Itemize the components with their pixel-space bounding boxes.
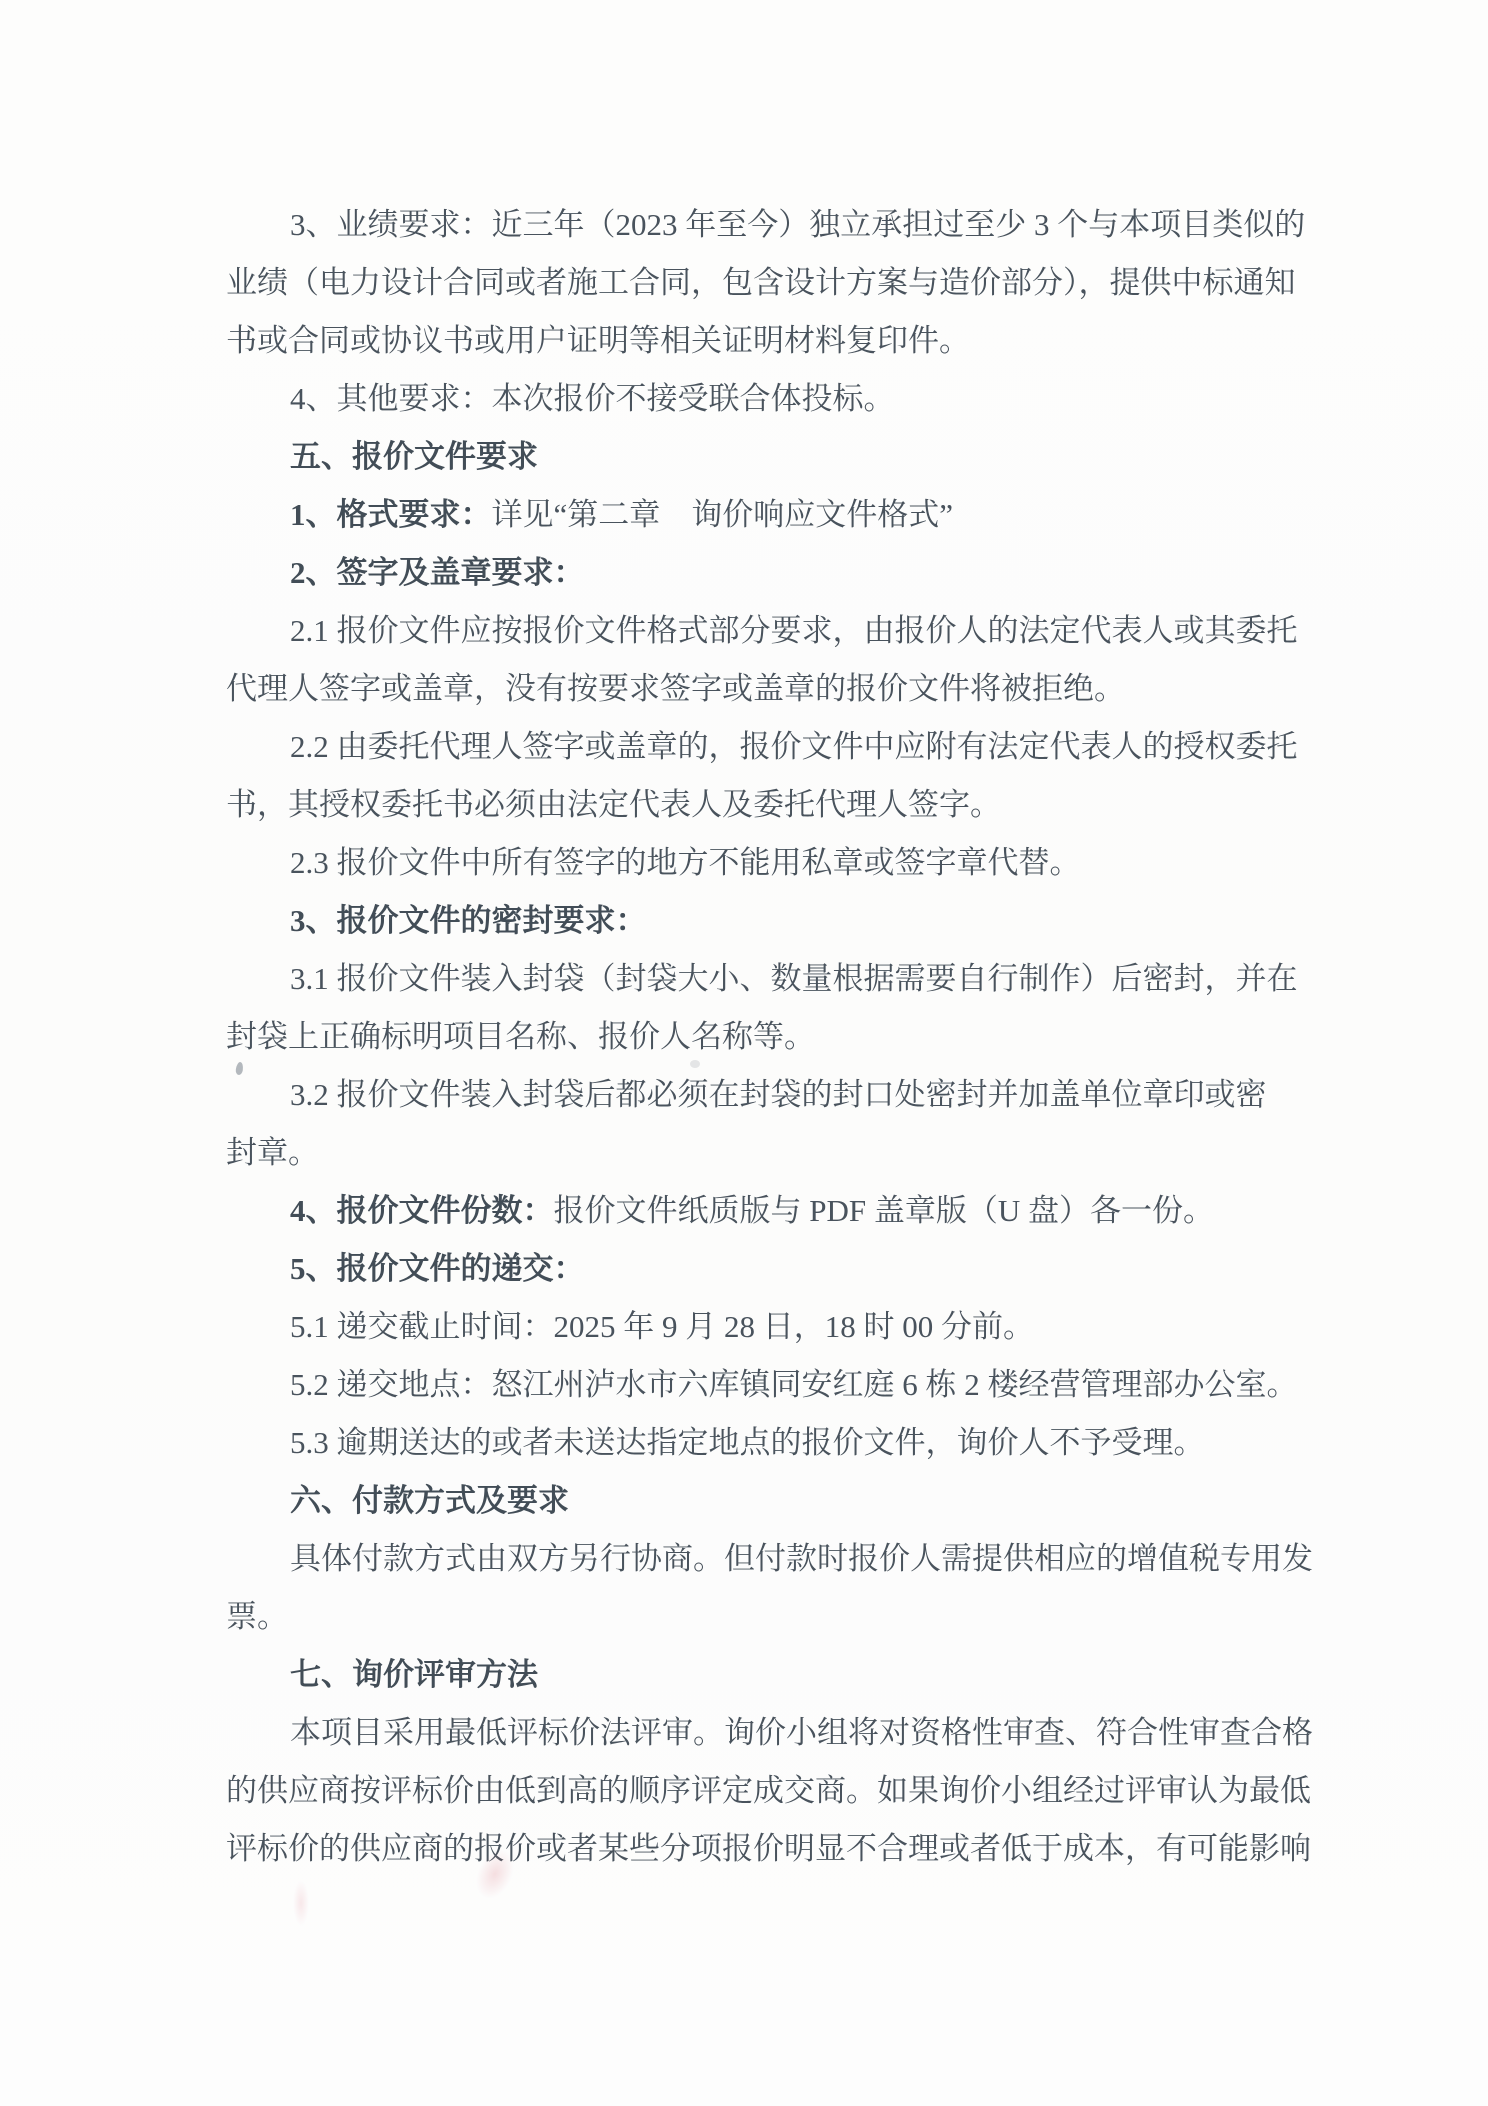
text-run: 详见“第二章 询价响应文件格式”	[492, 497, 954, 532]
heading-run: 1、格式要求：	[290, 497, 492, 532]
text-line: 4、报价文件份数：报价文件纸质版与 PDF 盖章版（U 盘）各一份。	[226, 1182, 1346, 1240]
document-page: 3、业绩要求：近三年（2023 年至今）独立承担过至少 3 个与本项目类似的业绩…	[0, 0, 1488, 2106]
text-run: 3、业绩要求：近三年（2023 年至今）独立承担过至少 3 个与本项目类似的	[290, 207, 1305, 242]
text-line: 六、付款方式及要求	[226, 1472, 1346, 1530]
text-line: 5.1 递交截止时间：2025 年 9 月 28 日，18 时 00 分前。	[226, 1298, 1346, 1356]
scan-smudge	[293, 1880, 309, 1926]
text-line: 3.2 报价文件装入封袋后都必须在封袋的封口处密封并加盖单位章印或密	[226, 1066, 1346, 1124]
text-run: 4、其他要求：本次报价不接受联合体投标。	[290, 381, 895, 416]
text-run: 书或合同或协议书或用户证明等相关证明材料复印件。	[226, 323, 970, 358]
text-line: 5.3 逾期送达的或者未送达指定地点的报价文件，询价人不予受理。	[226, 1414, 1346, 1472]
text-run: 本项目采用最低评标价法评审。询价小组将对资格性审查、符合性审查合格	[290, 1715, 1313, 1750]
text-line: 5.2 递交地点：怒江州泸水市六库镇同安红庭 6 栋 2 楼经营管理部办公室。	[226, 1356, 1346, 1414]
heading-run: 3、报价文件的密封要求：	[290, 903, 647, 938]
text-line: 3、业绩要求：近三年（2023 年至今）独立承担过至少 3 个与本项目类似的	[226, 196, 1346, 254]
text-run: 评标价的供应商的报价或者某些分项报价明显不合理或者低于成本，有可能影响	[226, 1831, 1311, 1866]
text-line: 封袋上正确标明项目名称、报价人名称等。	[226, 1008, 1346, 1066]
heading-run: 5、报价文件的递交：	[290, 1251, 585, 1286]
text-run: 代理人签字或盖章，没有按要求签字或盖章的报价文件将被拒绝。	[226, 671, 1125, 706]
text-line: 5、报价文件的递交：	[226, 1240, 1346, 1298]
text-line: 具体付款方式由双方另行协商。但付款时报价人需提供相应的增值税专用发	[226, 1530, 1346, 1588]
text-line: 的供应商按评标价由低到高的顺序评定成交商。如果询价小组经过评审认为最低	[226, 1762, 1346, 1820]
text-run: 票。	[226, 1599, 288, 1634]
text-run: 封章。	[226, 1135, 319, 1170]
text-run: 5.1 递交截止时间：2025 年 9 月 28 日，18 时 00 分前。	[290, 1309, 1034, 1344]
text-line: 七、询价评审方法	[226, 1646, 1346, 1704]
text-line: 票。	[226, 1588, 1346, 1646]
heading-run: 六、付款方式及要求	[290, 1483, 569, 1518]
text-line: 2.3 报价文件中所有签字的地方不能用私章或签字章代替。	[226, 834, 1346, 892]
text-line: 2.1 报价文件应按报价文件格式部分要求，由报价人的法定代表人或其委托	[226, 602, 1346, 660]
text-run: 具体付款方式由双方另行协商。但付款时报价人需提供相应的增值税专用发	[290, 1541, 1313, 1576]
text-run: 5.3 逾期送达的或者未送达指定地点的报价文件，询价人不予受理。	[290, 1425, 1205, 1460]
text-line: 评标价的供应商的报价或者某些分项报价明显不合理或者低于成本，有可能影响	[226, 1820, 1346, 1878]
text-run: 2.2 由委托代理人签字或盖章的，报价文件中应附有法定代表人的授权委托	[290, 729, 1298, 764]
text-line: 业绩（电力设计合同或者施工合同，包含设计方案与造价部分），提供中标通知	[226, 254, 1346, 312]
text-run: 2.3 报价文件中所有签字的地方不能用私章或签字章代替。	[290, 845, 1081, 880]
text-line: 封章。	[226, 1124, 1346, 1182]
text-line: 3.1 报价文件装入封袋（封袋大小、数量根据需要自行制作）后密封，并在	[226, 950, 1346, 1008]
text-line: 2、签字及盖章要求：	[226, 544, 1346, 602]
text-run: 3.2 报价文件装入封袋后都必须在封袋的封口处密封并加盖单位章印或密	[290, 1077, 1267, 1112]
text-run: 封袋上正确标明项目名称、报价人名称等。	[226, 1019, 815, 1054]
text-line: 代理人签字或盖章，没有按要求签字或盖章的报价文件将被拒绝。	[226, 660, 1346, 718]
text-line: 2.2 由委托代理人签字或盖章的，报价文件中应附有法定代表人的授权委托	[226, 718, 1346, 776]
heading-run: 七、询价评审方法	[290, 1657, 538, 1692]
document-body: 3、业绩要求：近三年（2023 年至今）独立承担过至少 3 个与本项目类似的业绩…	[226, 196, 1346, 1878]
text-run: 业绩（电力设计合同或者施工合同，包含设计方案与造价部分），提供中标通知	[226, 265, 1296, 300]
text-run: 报价文件纸质版与 PDF 盖章版（U 盘）各一份。	[554, 1193, 1215, 1228]
text-line: 本项目采用最低评标价法评审。询价小组将对资格性审查、符合性审查合格	[226, 1704, 1346, 1762]
heading-run: 4、报价文件份数：	[290, 1193, 554, 1228]
heading-run: 五、报价文件要求	[290, 439, 538, 474]
text-line: 五、报价文件要求	[226, 428, 1346, 486]
heading-run: 2、签字及盖章要求：	[290, 555, 585, 590]
text-line: 3、报价文件的密封要求：	[226, 892, 1346, 950]
text-line: 1、格式要求：详见“第二章 询价响应文件格式”	[226, 486, 1346, 544]
text-run: 书，其授权委托书必须由法定代表人及委托代理人签字。	[226, 787, 1001, 822]
text-run: 3.1 报价文件装入封袋（封袋大小、数量根据需要自行制作）后密封，并在	[290, 961, 1298, 996]
text-line: 书，其授权委托书必须由法定代表人及委托代理人签字。	[226, 776, 1346, 834]
text-run: 5.2 递交地点：怒江州泸水市六库镇同安红庭 6 栋 2 楼经营管理部办公室。	[290, 1367, 1298, 1402]
text-run: 2.1 报价文件应按报价文件格式部分要求，由报价人的法定代表人或其委托	[290, 613, 1298, 648]
text-run: 的供应商按评标价由低到高的顺序评定成交商。如果询价小组经过评审认为最低	[226, 1773, 1311, 1808]
text-line: 书或合同或协议书或用户证明等相关证明材料复印件。	[226, 312, 1346, 370]
text-line: 4、其他要求：本次报价不接受联合体投标。	[226, 370, 1346, 428]
